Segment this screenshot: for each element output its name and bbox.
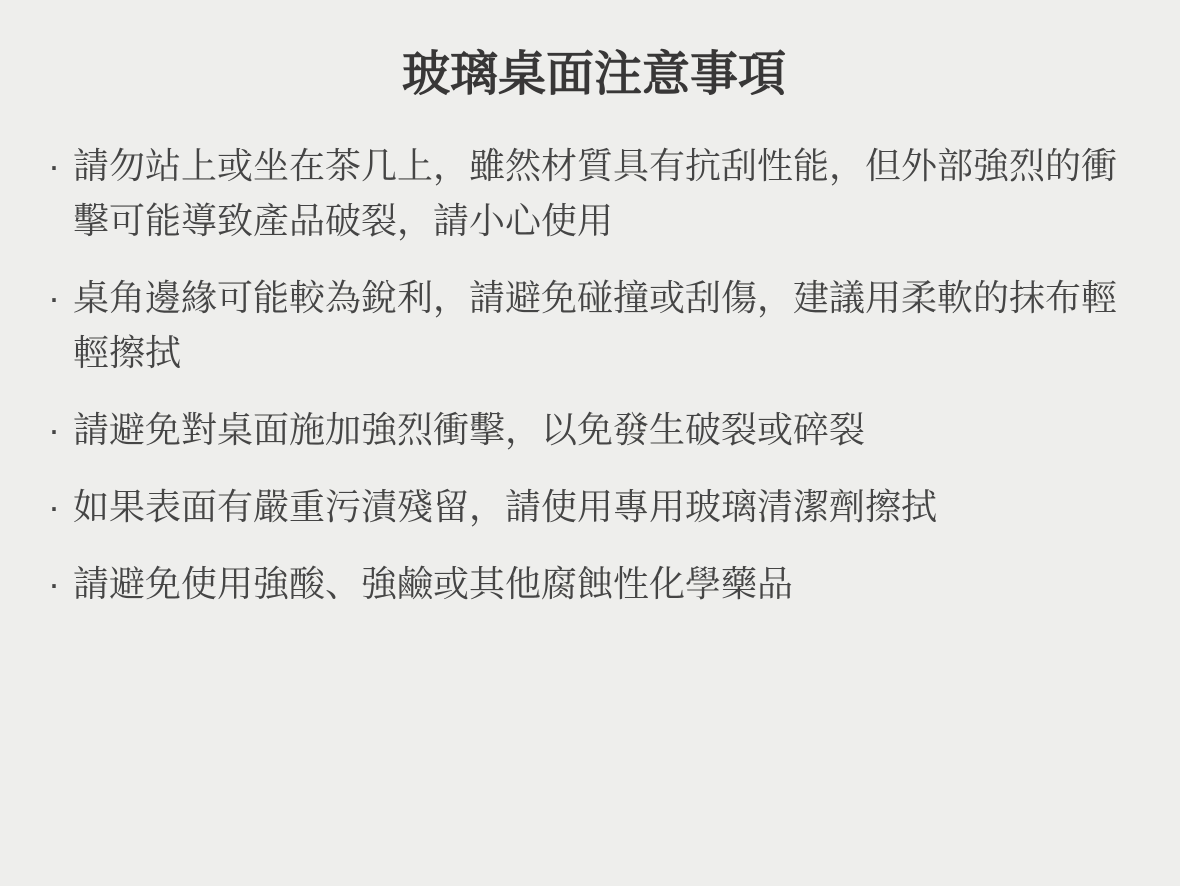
notice-text: 請避免對桌面施加強烈衝擊，以免發生破裂或碎裂 [73, 402, 865, 457]
list-item: · 桌角邊緣可能較為銳利，請避免碰撞或刮傷，建議用柔軟的抹布輕輕擦拭 [48, 270, 1140, 380]
notice-list: · 請勿站上或坐在茶几上，雖然材質具有抗刮性能，但外部強烈的衝擊可能導致產品破裂… [48, 138, 1140, 611]
notice-text: 請勿站上或坐在茶几上，雖然材質具有抗刮性能，但外部強烈的衝擊可能導致產品破裂，請… [73, 138, 1140, 248]
bullet-marker: · [48, 556, 73, 611]
bullet-marker: · [48, 402, 73, 457]
bullet-marker: · [48, 270, 73, 325]
notice-page: 玻璃桌面注意事項 · 請勿站上或坐在茶几上，雖然材質具有抗刮性能，但外部強烈的衝… [0, 0, 1180, 886]
bullet-marker: · [48, 138, 73, 193]
list-item: · 請避免使用強酸、強鹼或其他腐蝕性化學藥品 [48, 556, 1140, 611]
bullet-marker: · [48, 479, 73, 534]
notice-text: 桌角邊緣可能較為銳利，請避免碰撞或刮傷，建議用柔軟的抹布輕輕擦拭 [73, 270, 1140, 380]
notice-text: 請避免使用強酸、強鹼或其他腐蝕性化學藥品 [73, 556, 793, 611]
list-item: · 如果表面有嚴重污漬殘留，請使用專用玻璃清潔劑擦拭 [48, 479, 1140, 534]
list-item: · 請避免對桌面施加強烈衝擊，以免發生破裂或碎裂 [48, 402, 1140, 457]
list-item: · 請勿站上或坐在茶几上，雖然材質具有抗刮性能，但外部強烈的衝擊可能導致產品破裂… [48, 138, 1140, 248]
page-title: 玻璃桌面注意事項 [48, 46, 1140, 104]
notice-text: 如果表面有嚴重污漬殘留，請使用專用玻璃清潔劑擦拭 [73, 479, 937, 534]
